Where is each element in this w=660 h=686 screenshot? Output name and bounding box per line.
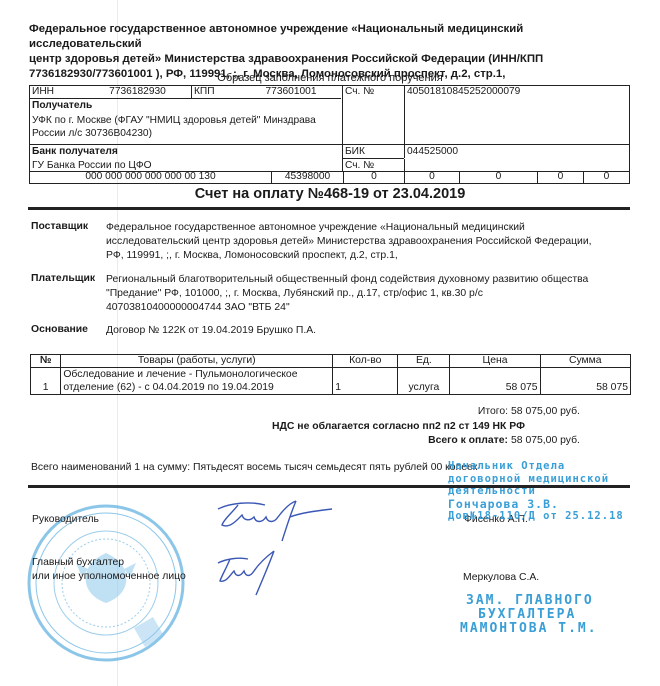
accountant-signature-icon xyxy=(212,549,292,599)
account-value: 40501810845252000079 xyxy=(404,86,629,146)
payment-sample-title: Образец заполнения платежного поручения xyxy=(0,72,660,84)
acc-stamp-line-3: МАМОНТОВА Т.М. xyxy=(460,622,598,636)
header-line-2: центр здоровья детей» Министерства здрав… xyxy=(29,52,629,67)
vat-note: НДС не облагается согласно пп2 п2 ст 149… xyxy=(272,421,525,432)
row-qty: 1 xyxy=(333,368,398,395)
total-value: 58 075,00 руб. xyxy=(511,406,580,417)
total-label: Итого: xyxy=(320,406,508,417)
supplier-line-1: Федеральное государственное автономное у… xyxy=(106,221,626,235)
supplier-label: Поставщик xyxy=(31,221,88,232)
col-price: Цена xyxy=(450,355,540,368)
bank-details-table: ИНН 7736182930 КПП 773601001 Получатель … xyxy=(29,85,630,184)
department-stamp: Начальник Отдела договорной медицинской … xyxy=(448,460,624,523)
code-4: 0 xyxy=(537,172,583,183)
head-signature-icon xyxy=(210,495,335,545)
table-row: 1 Обследование и лечение - Пульмонологич… xyxy=(31,368,631,395)
payer-line-3: 40703810400000004744 ЗАО "ВТБ 24" xyxy=(106,301,626,315)
total-in-words: Всего наименований 1 на сумму: Пятьдесят… xyxy=(31,462,477,473)
bik-value: 044525000 xyxy=(404,145,629,158)
payer-line-2: "Предание" РФ, 101000, ;, г. Москва, Луб… xyxy=(106,287,626,301)
kbk-value: 000 000 000 000 000 00 130 xyxy=(30,172,271,183)
accountant-label-line-1: Главный бухгалтер xyxy=(32,557,124,568)
header-line-1: Федеральное государственное автономное у… xyxy=(29,22,629,52)
accountant-label-line-2: или иное уполномоченное лицо xyxy=(32,571,186,582)
accountant-stamp: ЗАМ. ГЛАВНОГО БУХГАЛТЕРА МАМОНТОВА Т.М. xyxy=(460,594,598,636)
dept-stamp-line-3: деятельности xyxy=(448,485,624,498)
acc-stamp-line-2: БУХГАЛТЕРА xyxy=(460,608,598,622)
basis-label: Основание xyxy=(31,324,88,335)
inn-value: 7736182930 xyxy=(84,86,191,98)
row-num: 1 xyxy=(31,368,61,395)
code-1: 0 xyxy=(343,172,404,183)
row-goods-line-2: отделение (62) - с 04.04.2019 по 19.04.2… xyxy=(63,381,330,394)
recipient-line-2: России л/с 30736В04230) xyxy=(30,127,341,140)
code-5: 0 xyxy=(583,172,629,183)
row-sum: 58 075 xyxy=(540,368,630,395)
col-qty: Кол-во xyxy=(333,355,398,368)
supplier-details: Федеральное государственное автономное у… xyxy=(106,221,626,263)
items-table: № Товары (работы, услуги) Кол-во Ед. Цен… xyxy=(30,354,631,395)
head-label: Руководитель xyxy=(32,514,99,525)
code-2: 0 xyxy=(404,172,459,183)
bik-label: БИК xyxy=(342,145,404,158)
inn-label: ИНН xyxy=(30,86,84,98)
supplier-line-3: РФ, 119991, ;, г. Москва, Ломоносовский … xyxy=(106,249,626,263)
grand-total-value: 58 075,00 руб. xyxy=(511,435,580,446)
row-goods-line-1: Обследование и лечение - Пульмонологичес… xyxy=(63,368,330,381)
supplier-line-2: исследовательский центр здоровья детей» … xyxy=(106,235,626,249)
payer-label: Плательщик xyxy=(31,273,95,284)
round-seal-icon xyxy=(26,503,186,663)
col-sum: Сумма xyxy=(540,355,630,368)
grand-total-label: Всего к оплате: xyxy=(320,435,508,446)
kpp-value: 773601001 xyxy=(241,86,341,98)
account-label: Сч. № xyxy=(342,86,404,146)
dept-stamp-line-4: Гончарова З.В. xyxy=(448,498,624,511)
col-num: № xyxy=(31,355,61,368)
table-header-row: № Товары (работы, услуги) Кол-во Ед. Цен… xyxy=(31,355,631,368)
payer-line-1: Региональный благотворительный обществен… xyxy=(106,273,626,287)
col-unit: Ед. xyxy=(398,355,450,368)
dept-stamp-line-2: договорной медицинской xyxy=(448,473,624,486)
row-price: 58 075 xyxy=(450,368,540,395)
recipient-line-1: УФК по г. Москве (ФГАУ "НМИЦ здоровья де… xyxy=(30,114,341,127)
accountant-name: Меркулова С.А. xyxy=(463,572,539,583)
col-goods: Товары (работы, услуги) xyxy=(61,355,333,368)
acc-stamp-line-1: ЗАМ. ГЛАВНОГО xyxy=(460,594,598,608)
basis-value: Договор № 122К от 19.04.2019 Брушко П.А. xyxy=(106,324,626,338)
bank-label: Банк получателя xyxy=(30,145,341,158)
oktmo-value: 45398000 xyxy=(271,172,343,183)
payer-details: Региональный благотворительный обществен… xyxy=(106,273,626,315)
code-3: 0 xyxy=(459,172,537,183)
title-underline xyxy=(28,207,630,210)
recipient-label: Получатель xyxy=(30,99,341,113)
invoice-title: Счет на оплату №468-19 от 23.04.2019 xyxy=(0,186,660,202)
row-goods: Обследование и лечение - Пульмонологичес… xyxy=(61,368,333,395)
dept-stamp-line-5: Дов№18-110/Д от 25.12.18 xyxy=(448,510,624,523)
kpp-label: КПП xyxy=(191,86,241,98)
row-unit: услуга xyxy=(398,368,450,395)
dept-stamp-line-1: Начальник Отдела xyxy=(448,460,624,473)
